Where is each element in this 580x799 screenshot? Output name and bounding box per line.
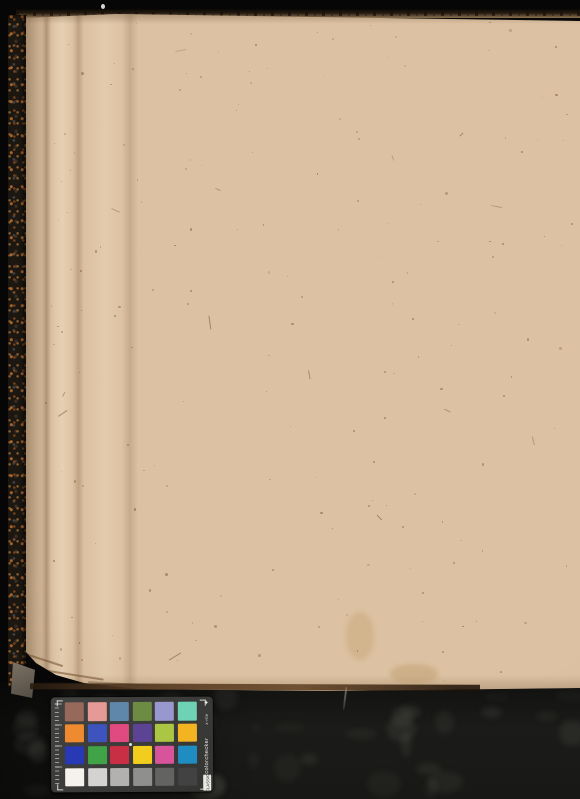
paper-speck bbox=[81, 310, 82, 311]
color-patch bbox=[110, 724, 129, 743]
paper-speck bbox=[291, 323, 293, 325]
paper-speck bbox=[317, 32, 318, 33]
color-patch bbox=[177, 724, 196, 743]
paper-speck bbox=[252, 152, 253, 153]
surface-blotch bbox=[484, 694, 510, 702]
paper-speck bbox=[437, 241, 438, 242]
color-patch bbox=[133, 768, 152, 787]
color-patch bbox=[87, 724, 106, 743]
paper-fiber bbox=[491, 205, 502, 208]
paper-speck bbox=[263, 224, 264, 225]
paper-speck bbox=[566, 114, 567, 115]
surface-blotch bbox=[387, 716, 416, 742]
paper-speck bbox=[559, 347, 561, 349]
paper-speck bbox=[131, 347, 133, 349]
paper-speck bbox=[453, 562, 455, 564]
color-patch bbox=[87, 702, 106, 721]
page-crease bbox=[73, 12, 84, 691]
paper-speck bbox=[381, 257, 382, 258]
paper-speck bbox=[521, 151, 523, 153]
color-patch bbox=[65, 724, 84, 743]
paper-speck bbox=[74, 152, 75, 153]
color-patch bbox=[110, 768, 129, 787]
paper-speck bbox=[422, 592, 424, 594]
paper-speck bbox=[136, 23, 137, 24]
paper-speck bbox=[509, 29, 511, 31]
paper-speck bbox=[338, 599, 339, 600]
paper-speck bbox=[220, 595, 222, 597]
paper-fiber bbox=[112, 208, 121, 213]
paper-speck bbox=[214, 625, 216, 627]
paper-speck bbox=[187, 303, 189, 305]
xrite-logo-icon: ✦ bbox=[204, 701, 210, 707]
paper-speck bbox=[143, 470, 144, 471]
color-patch bbox=[65, 702, 84, 721]
paper-speck bbox=[357, 200, 359, 202]
paper-speck bbox=[503, 395, 505, 397]
paper-fiber bbox=[169, 652, 181, 660]
paper-speck bbox=[249, 71, 250, 72]
paper-speck bbox=[384, 371, 386, 373]
paper-speckles bbox=[26, 12, 580, 691]
paper-speck bbox=[566, 565, 567, 566]
paper-speck bbox=[511, 376, 513, 378]
paper-speck bbox=[404, 65, 406, 67]
color-patch bbox=[155, 702, 174, 721]
paper-speck bbox=[154, 465, 155, 466]
paper-speck bbox=[318, 626, 320, 628]
paper-speck bbox=[442, 651, 444, 653]
dust-speck bbox=[101, 4, 105, 9]
colorchecker-card: ✦ x-rite colorchecker CLASSIC bbox=[51, 697, 213, 793]
paper-speck bbox=[555, 46, 557, 48]
paper-fiber bbox=[208, 316, 211, 330]
paper-speck bbox=[301, 296, 303, 298]
paper-speck bbox=[67, 212, 69, 214]
paper-speck bbox=[258, 654, 260, 656]
paper-speck bbox=[393, 373, 394, 374]
paper-speck bbox=[266, 391, 268, 393]
page-highlight bbox=[86, 12, 124, 691]
paper-speck bbox=[268, 355, 270, 357]
paper-speck bbox=[190, 159, 192, 161]
paper-speck bbox=[482, 463, 485, 466]
paper-speck bbox=[112, 635, 114, 637]
paper-speck bbox=[392, 303, 393, 304]
paper-speck bbox=[571, 223, 573, 225]
paper-fiber bbox=[392, 155, 395, 161]
paper-speck bbox=[414, 493, 416, 495]
surface-blotch bbox=[248, 752, 260, 768]
paper-speck bbox=[61, 331, 63, 333]
edition-badge: CLASSIC bbox=[203, 775, 211, 791]
paper-speck bbox=[179, 89, 180, 90]
paper-speck bbox=[358, 138, 360, 140]
paper-speck bbox=[387, 57, 388, 58]
paper-speck bbox=[82, 485, 84, 487]
paper-speck bbox=[166, 485, 168, 487]
paper-speck bbox=[255, 44, 257, 46]
surface-blotch bbox=[28, 741, 46, 762]
surface-blotch bbox=[394, 709, 421, 719]
paper-speck bbox=[81, 659, 83, 661]
color-patch bbox=[178, 745, 197, 764]
paper-speck bbox=[190, 228, 192, 230]
paper-speck bbox=[95, 543, 96, 544]
paper-speck bbox=[80, 270, 82, 272]
paper-speck bbox=[71, 617, 73, 619]
paper-speck bbox=[149, 589, 151, 591]
paper-speck bbox=[339, 118, 341, 120]
color-patch bbox=[65, 768, 84, 787]
paper-speck bbox=[332, 528, 333, 529]
surface-blotch bbox=[536, 711, 558, 721]
color-patch bbox=[155, 767, 174, 786]
color-patch bbox=[177, 702, 196, 721]
paper-speck bbox=[238, 104, 239, 105]
paper-speck bbox=[272, 569, 274, 571]
paper-speck bbox=[174, 245, 175, 246]
paper-speck bbox=[141, 201, 142, 202]
paper-speck bbox=[100, 246, 102, 248]
paper-speck bbox=[442, 521, 444, 523]
paper-speck bbox=[269, 479, 271, 481]
paper-speck bbox=[476, 621, 477, 622]
paper-speck bbox=[236, 110, 237, 111]
paper-fiber bbox=[308, 370, 310, 379]
paper-speck bbox=[114, 315, 116, 317]
paper-speck bbox=[61, 471, 62, 472]
paper-speck bbox=[440, 388, 442, 390]
brand-label: x-rite bbox=[204, 709, 209, 725]
paper-speck bbox=[74, 480, 76, 482]
marbled-cover-edge bbox=[8, 15, 26, 687]
paper-speck bbox=[57, 326, 59, 328]
surface-blotch bbox=[23, 785, 51, 795]
surface-blotch bbox=[555, 690, 580, 702]
book-page bbox=[26, 12, 580, 691]
paper-speck bbox=[118, 306, 120, 308]
paper-speck bbox=[79, 642, 81, 644]
paper-speck bbox=[183, 401, 184, 402]
paper-speck bbox=[492, 256, 494, 258]
paper-fiber bbox=[459, 133, 463, 137]
paper-speck bbox=[95, 250, 97, 252]
paper-speck bbox=[119, 657, 122, 660]
card-brand-column: ✦ x-rite colorchecker CLASSIC bbox=[202, 700, 212, 789]
paper-speck bbox=[237, 229, 238, 230]
paper-speck bbox=[458, 324, 459, 325]
color-patch bbox=[110, 746, 129, 765]
surface-blotch bbox=[251, 724, 261, 730]
surface-blotch bbox=[559, 720, 580, 746]
paper-speck bbox=[482, 550, 484, 552]
paper-speck bbox=[372, 500, 373, 501]
paper-speck bbox=[370, 25, 371, 26]
ruler-major-ticks-icon bbox=[55, 703, 62, 786]
paper-speck bbox=[561, 245, 562, 246]
paper-fiber bbox=[377, 514, 382, 520]
paper-speck bbox=[384, 417, 386, 419]
surface-blotch bbox=[426, 778, 437, 797]
corner-bracket-icon bbox=[57, 700, 63, 706]
paper-speck bbox=[393, 306, 394, 307]
paper-speck bbox=[68, 44, 69, 45]
paper-speck bbox=[290, 426, 291, 427]
color-patch bbox=[132, 724, 151, 743]
paper-fiber bbox=[445, 409, 451, 413]
surface-blotch bbox=[481, 707, 502, 718]
paper-speck bbox=[134, 508, 136, 510]
paper-speck bbox=[353, 430, 355, 432]
paper-speck bbox=[542, 97, 543, 98]
paper-speck bbox=[185, 168, 187, 170]
paper-speck bbox=[81, 72, 84, 75]
paper-speck bbox=[51, 305, 52, 306]
paper-speck bbox=[505, 137, 507, 139]
paper-speck bbox=[177, 660, 178, 661]
paper-speck bbox=[201, 165, 202, 166]
paper-speck bbox=[386, 505, 387, 506]
surface-blotch bbox=[345, 729, 377, 739]
color-patch bbox=[65, 746, 84, 765]
paper-speck bbox=[422, 621, 423, 622]
paper-speck bbox=[494, 312, 496, 314]
paper-speck bbox=[53, 344, 54, 345]
paper-speck bbox=[58, 219, 59, 220]
paper-speck bbox=[218, 52, 219, 53]
paper-speck bbox=[60, 648, 63, 651]
paper-speck bbox=[132, 68, 134, 70]
surface-blotch bbox=[274, 754, 301, 783]
surface-blotch bbox=[274, 723, 305, 732]
paper-speck bbox=[418, 356, 419, 357]
paper-speck bbox=[489, 22, 490, 23]
paper-speck bbox=[368, 505, 369, 506]
paper-speck bbox=[287, 276, 288, 277]
paper-speck bbox=[387, 223, 388, 224]
paper-speck bbox=[61, 181, 62, 182]
paper-speck bbox=[200, 76, 202, 78]
paper-speck bbox=[555, 94, 558, 97]
paper-speck bbox=[70, 269, 72, 271]
paper-speck bbox=[563, 140, 564, 141]
paper-speck bbox=[110, 84, 112, 86]
color-patch bbox=[88, 768, 107, 787]
paper-speck bbox=[451, 345, 452, 346]
paper-speck bbox=[316, 477, 318, 479]
paper-speck bbox=[444, 680, 446, 682]
paper-speck bbox=[53, 560, 55, 562]
paper-speck bbox=[79, 372, 80, 373]
paper-speck bbox=[190, 290, 192, 292]
paper-fiber bbox=[62, 392, 65, 397]
paper-speck bbox=[45, 402, 47, 404]
paper-speck bbox=[70, 170, 71, 171]
paper-speck bbox=[410, 568, 412, 570]
paper-speck bbox=[412, 318, 414, 320]
page-vignette bbox=[26, 12, 580, 691]
paper-speck bbox=[192, 622, 193, 623]
paper-speck bbox=[320, 512, 323, 515]
color-patch bbox=[155, 746, 174, 765]
paper-fiber bbox=[57, 410, 67, 417]
paper-speck bbox=[190, 33, 191, 34]
page-stain bbox=[346, 612, 374, 660]
paper-speck bbox=[332, 38, 334, 40]
paper-speck bbox=[166, 611, 168, 613]
paper-speck bbox=[338, 229, 339, 230]
product-label: colorchecker bbox=[203, 740, 209, 774]
paper-speck bbox=[402, 526, 404, 528]
page-stain bbox=[390, 664, 438, 684]
paper-speck bbox=[373, 461, 375, 463]
paper-speck bbox=[420, 204, 421, 205]
color-patch bbox=[133, 746, 152, 765]
paper-speck bbox=[461, 540, 462, 541]
surface-blotch bbox=[300, 754, 318, 765]
paper-speck bbox=[367, 564, 370, 567]
paper-fiber bbox=[531, 437, 534, 446]
paper-speck bbox=[250, 82, 252, 84]
paper-speck bbox=[54, 143, 55, 144]
paper-speck bbox=[488, 50, 489, 51]
page-crease bbox=[42, 12, 51, 691]
paper-fiber bbox=[215, 188, 221, 191]
paper-speck bbox=[165, 573, 167, 575]
paper-speck bbox=[502, 243, 504, 245]
paper-speck bbox=[407, 272, 408, 273]
paper-speck bbox=[195, 640, 197, 642]
paper-speck bbox=[346, 614, 348, 616]
paper-speck bbox=[395, 36, 397, 38]
surface-blotch bbox=[435, 711, 454, 734]
paper-speck bbox=[317, 173, 319, 175]
color-patch bbox=[110, 702, 129, 721]
paper-speck bbox=[114, 63, 115, 64]
paper-speck bbox=[544, 236, 545, 237]
paper-speck bbox=[152, 289, 154, 291]
paper-speck bbox=[137, 179, 138, 180]
gutter-shading bbox=[26, 12, 176, 691]
paper-speck bbox=[500, 671, 502, 673]
paper-speck bbox=[554, 428, 556, 430]
paper-speck bbox=[356, 131, 358, 133]
paper-speck bbox=[127, 444, 129, 446]
paper-speck bbox=[64, 133, 66, 135]
paper-speck bbox=[445, 192, 447, 194]
paper-speck bbox=[537, 139, 538, 140]
color-patch bbox=[178, 767, 197, 786]
paper-speck bbox=[524, 622, 526, 624]
paper-speck bbox=[392, 281, 394, 283]
page-crease bbox=[122, 12, 138, 691]
color-patch bbox=[155, 724, 174, 743]
paper-speck bbox=[186, 73, 187, 74]
paper-speck bbox=[489, 241, 490, 242]
edition-label: CLASSIC bbox=[205, 773, 210, 792]
color-patch bbox=[132, 702, 151, 721]
corner-bracket-icon bbox=[57, 784, 63, 790]
paper-speck bbox=[268, 271, 271, 274]
registration-dot-icon bbox=[129, 743, 132, 746]
paper-speck bbox=[267, 68, 268, 69]
color-patch bbox=[88, 746, 107, 765]
page-highlight bbox=[51, 12, 73, 691]
paper-fiber bbox=[175, 49, 186, 52]
paper-speck bbox=[123, 144, 125, 146]
paper-speck bbox=[527, 338, 529, 340]
surface-blotch bbox=[367, 771, 401, 797]
paper-speck bbox=[324, 76, 325, 77]
paper-speck bbox=[462, 626, 464, 628]
